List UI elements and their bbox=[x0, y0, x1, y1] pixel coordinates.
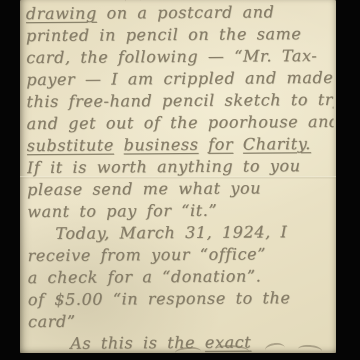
handwriting-text bbox=[233, 135, 243, 154]
handwriting-text: a check for a “donation”. bbox=[28, 266, 262, 287]
handwriting-text: please send me what you bbox=[27, 178, 261, 199]
underlined-word: drawing bbox=[26, 4, 97, 23]
letter-body: drawing on a postcard andprinted in penc… bbox=[26, 1, 335, 354]
handwriting-text: If it is worth anything to you bbox=[27, 156, 301, 177]
handwriting-line: As this is the exact bbox=[28, 331, 335, 354]
handwriting-line: this free-hand pencil sketch to try bbox=[26, 89, 333, 113]
handwriting-text: on a postcard and bbox=[97, 2, 275, 22]
handwriting-text: As this is the bbox=[70, 333, 205, 353]
handwriting-line: want to pay for “it.” bbox=[27, 199, 334, 223]
handwriting-text: receive from your “office” bbox=[27, 244, 266, 265]
handwriting-line: payer — I am crippled and made bbox=[26, 67, 333, 91]
underlined-word: Charity. bbox=[243, 134, 311, 153]
handwriting-line: printed in pencil on the same bbox=[26, 23, 333, 47]
handwriting-line: substitute business for Charity. bbox=[27, 133, 334, 157]
handwriting-line: of $5.00 “in response to the bbox=[28, 287, 335, 311]
handwriting-line: card” bbox=[28, 309, 335, 333]
handwriting-text: payer — I am crippled and made bbox=[26, 68, 333, 89]
handwriting-line: If it is worth anything to you bbox=[27, 155, 334, 179]
handwriting-text bbox=[114, 135, 124, 154]
underlined-word: exact bbox=[205, 333, 252, 352]
handwriting-line: drawing on a postcard and bbox=[26, 1, 333, 25]
handwriting-line: card, the following — “Mr. Tax- bbox=[26, 45, 333, 69]
handwriting-text: card, the following — “Mr. Tax- bbox=[26, 46, 317, 67]
underlined-word: substitute bbox=[27, 135, 114, 155]
underlined-word: business bbox=[124, 135, 199, 155]
handwriting-line: and get out of the poorhouse and bbox=[27, 111, 334, 135]
handwriting-text: want to pay for “it.” bbox=[27, 201, 217, 221]
letter-photo: drawing on a postcard andprinted in penc… bbox=[0, 0, 360, 360]
underlined-word: for bbox=[208, 135, 233, 154]
handwriting-line: Today, March 31, 1924, I bbox=[27, 221, 334, 245]
handwriting-text: this free-hand pencil sketch to try bbox=[26, 90, 335, 111]
letter-paper: drawing on a postcard andprinted in penc… bbox=[20, 0, 336, 353]
handwriting-text: printed in pencil on the same bbox=[26, 24, 302, 45]
handwriting-line: please send me what you bbox=[27, 177, 334, 201]
handwriting-text: Today, March 31, 1924, I bbox=[55, 222, 287, 243]
handwriting-text: of $5.00 “in response to the bbox=[28, 288, 291, 309]
handwriting-line: a check for a “donation”. bbox=[28, 265, 335, 289]
handwriting-text: card” bbox=[28, 312, 76, 331]
handwriting-line: receive from your “office” bbox=[27, 243, 334, 267]
handwriting-text: and get out of the poorhouse and bbox=[27, 112, 336, 133]
